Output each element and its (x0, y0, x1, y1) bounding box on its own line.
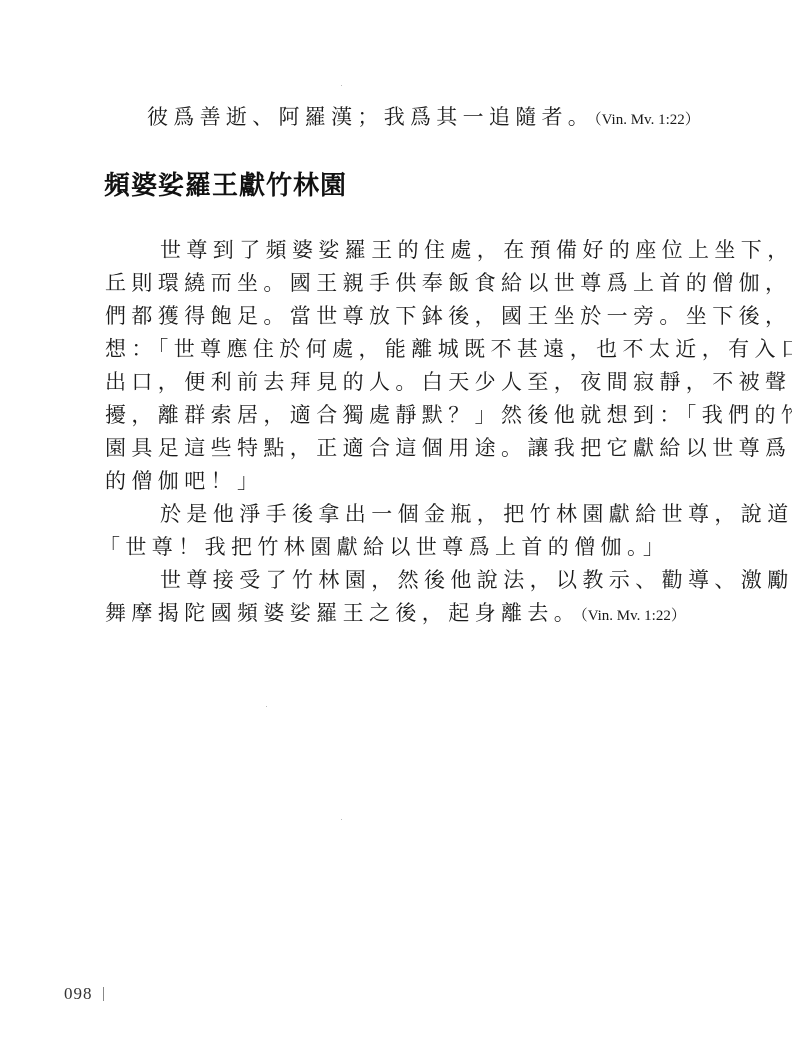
page-footer: 098 (64, 984, 104, 1004)
opening-line-text: 彼爲善逝、阿羅漢；我爲其一追隨者。 (147, 105, 594, 129)
text-line: 出口，便利前去拜見的人。白天少人至，夜間寂靜，不被聲音所 (105, 366, 715, 399)
text-line: 丘則環繞而坐。國王親手供奉飯食給以世尊爲上首的僧伽，使他 (105, 267, 715, 300)
opening-line: 彼爲善逝、阿羅漢；我爲其一追隨者。（Vin. Mv. 1:22） (147, 104, 700, 133)
footer-divider (103, 987, 104, 1001)
paragraph-1: 世尊到了頻婆娑羅王的住處，在預備好的座位上坐下，諸比 丘則環繞而坐。國王親手供奉… (105, 234, 715, 498)
text-line: 世尊到了頻婆娑羅王的住處，在預備好的座位上坐下，諸比 (105, 234, 715, 267)
text-line: 擾，離群索居，適合獨處靜默？」然後他就想到：「我們的竹林 (105, 399, 715, 432)
paragraph-3: 世尊接受了竹林園，然後他說法，以教示、勸導、激勵、鼓 舞摩揭陀國頻婆娑羅王之後，… (105, 564, 715, 630)
text-line: 於是他淨手後拿出一個金瓶，把竹林園獻給世尊，說道： (105, 498, 715, 531)
citation-reference: （Vin. Mv. 1:22） (580, 608, 686, 624)
body-text: 世尊到了頻婆娑羅王的住處，在預備好的座位上坐下，諸比 丘則環繞而坐。國王親手供奉… (105, 234, 715, 630)
text-line: 舞摩揭陀國頻婆娑羅王之後，起身離去。（Vin. Mv. 1:22） (105, 597, 715, 630)
text-line-content: 舞摩揭陀國頻婆娑羅王之後，起身離去。 (105, 601, 580, 625)
scan-speck (341, 85, 342, 86)
scan-speck (266, 706, 267, 707)
paragraph-2: 於是他淨手後拿出一個金瓶，把竹林園獻給世尊，說道： 「世尊！我把竹林園獻給以世尊… (105, 498, 715, 564)
text-line: 世尊接受了竹林園，然後他說法，以教示、勸導、激勵、鼓 (105, 564, 715, 597)
text-line: 園具足這些特點，正適合這個用途。讓我把它獻給以世尊爲上首 (105, 432, 715, 465)
scan-speck (341, 819, 342, 820)
text-line: 的僧伽吧！」 (105, 465, 715, 498)
text-line: 「世尊！我把竹林園獻給以世尊爲上首的僧伽。」 (99, 531, 715, 564)
section-title: 頻婆娑羅王獻竹林園 (104, 165, 347, 202)
book-page: 彼爲善逝、阿羅漢；我爲其一追隨者。（Vin. Mv. 1:22） 頻婆娑羅王獻竹… (0, 0, 792, 1056)
text-line: 想：「世尊應住於何處，能離城既不甚遠，也不太近，有入口、 (105, 333, 715, 366)
citation-reference: （Vin. Mv. 1:22） (594, 112, 700, 128)
text-line: 們都獲得飽足。當世尊放下鉢後，國王坐於一旁。坐下後，他心 (105, 300, 715, 333)
page-number: 098 (64, 984, 93, 1003)
